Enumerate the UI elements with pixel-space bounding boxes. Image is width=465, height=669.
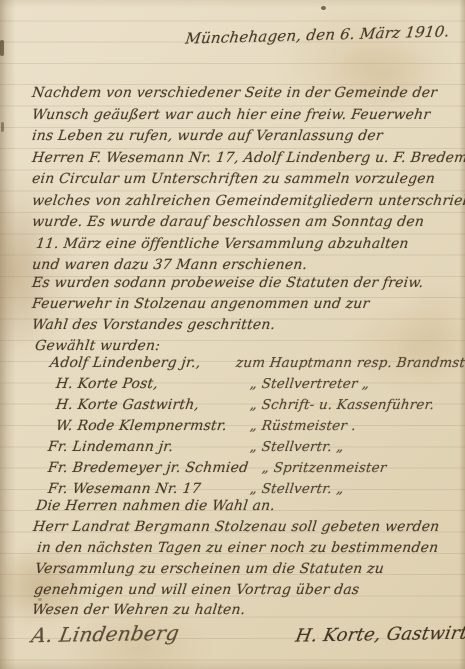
roster-row: H. Korte Post, „ Stellvertreter „ — [0, 376, 465, 396]
election-heading: Gewählt wurden: — [34, 337, 161, 356]
ink-dot — [1, 122, 4, 132]
manuscript-line: Es wurden sodann probeweise die Statuten… — [31, 274, 425, 293]
manuscript-line: Versammlung zu erscheinen um die Statute… — [34, 560, 385, 579]
roster-name: H. Korte Gastwirth, — [55, 397, 200, 413]
roster-name: Fr. Wesemann Nr. 17 — [47, 481, 202, 497]
roster-name: Fr. Lindemann jr. — [47, 439, 174, 455]
manuscript-line: in den nächsten Tagen zu einer noch zu b… — [36, 539, 440, 558]
manuscript-line: Herren F. Wesemann Nr. 17, Adolf Lindenb… — [31, 149, 465, 168]
signature-right: H. Korte, Gastwirth. — [294, 622, 465, 646]
manuscript-line: welches von zahlreichen Gemeindemitglied… — [31, 192, 465, 211]
manuscript-line: Nachdem von verschiedener Seite in der G… — [31, 84, 438, 103]
roster-role: „ Stellvertr. „ — [249, 439, 345, 455]
manuscript-line: Wahl des Vorstandes geschritten. — [31, 316, 277, 335]
roster-role: zum Hauptmann resp. Brandmstr. — [235, 355, 465, 371]
roster-row: Fr. Bredemeyer jr. Schmied „ Spritzenmei… — [0, 460, 465, 480]
roster-name: Fr. Bredemeyer jr. Schmied — [47, 460, 249, 476]
manuscript-line: genehmigen und will einen Vortrag über d… — [33, 581, 361, 600]
roster-role: „ Schrift- u. Kassenführer. — [249, 397, 435, 413]
manuscript-line: Herr Landrat Bergmann Stolzenau soll geb… — [32, 518, 441, 537]
roster-row: Fr. Lindemann jr. „ Stellvertr. „ — [0, 439, 465, 459]
manuscript-line: ein Circular um Unterschriften zu sammel… — [31, 170, 436, 189]
manuscript-line: ins Leben zu rufen, wurde auf Veranlassu… — [31, 127, 384, 146]
manuscript-line: 11. März eine öffentliche Versammlung ab… — [35, 235, 410, 254]
manuscript-line: Wunsch geäußert war auch hier eine freiw… — [31, 106, 432, 125]
roster-name: Adolf Lindenberg jr., — [49, 355, 202, 371]
roster-role: „ Rüstmeister . — [249, 418, 357, 434]
roster-role: „ Spritzenmeister — [261, 460, 387, 476]
ink-dot — [0, 40, 4, 56]
roster-role: „ Stellvertr. „ — [249, 481, 345, 497]
signature-left: A. Lindenberg — [30, 621, 182, 648]
manuscript-line: Feuerwehr in Stolzenau angenommen und zu… — [31, 295, 371, 314]
manuscript-line: und waren dazu 37 Mann erschienen. — [31, 256, 308, 275]
manuscript-page: Münchehagen, den 6. März 1910. Nachdem v… — [0, 0, 465, 669]
manuscript-line: Wesen der Wehren zu halten. — [31, 601, 247, 620]
ink-dot — [321, 6, 326, 10]
roster-row: H. Korte Gastwirth, „ Schrift- u. Kassen… — [0, 397, 465, 417]
roster-role: „ Stellvertreter „ — [249, 376, 370, 392]
acceptance-line: Die Herren nahmen die Wahl an. — [35, 497, 276, 516]
roster-name: H. Korte Post, — [55, 376, 159, 392]
roster-name: W. Rode Klempnermstr. — [55, 418, 228, 434]
manuscript-line: wurde. Es wurde darauf beschlossen am So… — [31, 213, 425, 232]
roster-row: Adolf Lindenberg jr., zum Hauptmann resp… — [0, 355, 465, 375]
roster-row: W. Rode Klempnermstr. „ Rüstmeister . — [0, 418, 465, 438]
date-line: Münchehagen, den 6. März 1910. — [184, 22, 450, 47]
